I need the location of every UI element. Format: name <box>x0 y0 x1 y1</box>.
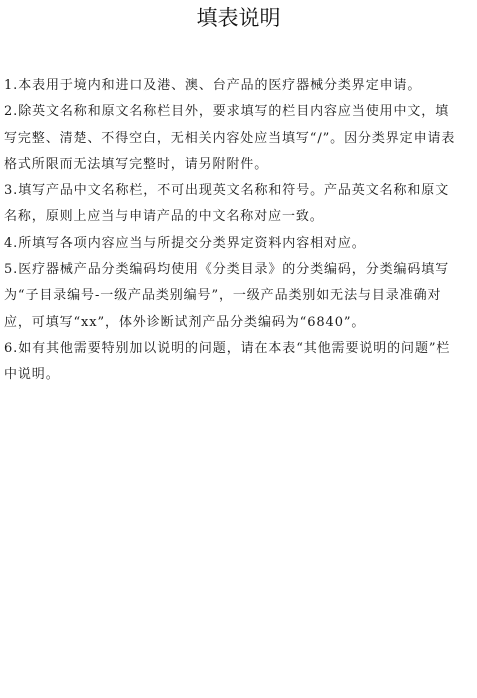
instruction-line: 名称，原则上应当与申请产品的中文名称对应一致。 <box>4 204 474 230</box>
instruction-line: 6.如有其他需要特别加以说明的问题，请在本表“其他需要说明的问题”栏 <box>4 336 474 362</box>
instruction-line: 3.填写产品中文名称栏，不可出现英文名称和符号。产品英文名称和原文 <box>4 178 474 204</box>
instruction-line: 1.本表用于境内和进口及港、澳、台产品的医疗器械分类界定申请。 <box>4 73 474 99</box>
instruction-line: 中说明。 <box>4 362 474 388</box>
instruction-item-1: 1.本表用于境内和进口及港、澳、台产品的医疗器械分类界定申请。 <box>4 73 474 99</box>
instruction-line: 4.所填写各项内容应当与所提交分类界定资料内容相对应。 <box>4 231 474 257</box>
instructions-body: 1.本表用于境内和进口及港、澳、台产品的医疗器械分类界定申请。 2.除英文名称和… <box>4 73 474 389</box>
instruction-line: 格式所限而无法填写完整时，请另附附件。 <box>4 152 474 178</box>
instruction-line: 2.除英文名称和原文名称栏目外，要求填写的栏目内容应当使用中文，填 <box>4 99 474 125</box>
instruction-item-4: 4.所填写各项内容应当与所提交分类界定资料内容相对应。 <box>4 231 474 257</box>
instruction-line: 5.医疗器械产品分类编码均使用《分类目录》的分类编码，分类编码填写 <box>4 257 474 283</box>
instruction-item-6: 6.如有其他需要特别加以说明的问题，请在本表“其他需要说明的问题”栏 中说明。 <box>4 336 474 389</box>
instruction-item-5: 5.医疗器械产品分类编码均使用《分类目录》的分类编码，分类编码填写 为“子目录编… <box>4 257 474 336</box>
instruction-item-2: 2.除英文名称和原文名称栏目外，要求填写的栏目内容应当使用中文，填 写完整、清楚… <box>4 99 474 178</box>
instruction-item-3: 3.填写产品中文名称栏，不可出现英文名称和符号。产品英文名称和原文 名称，原则上… <box>4 178 474 231</box>
page-title: 填表说明 <box>0 4 477 32</box>
instruction-line: 写完整、清楚、不得空白，无相关内容处应当填写“/”。因分类界定申请表 <box>4 126 474 152</box>
instruction-line: 为“子目录编号-一级产品类别编号”，一级产品类别如无法与目录准确对 <box>4 283 474 309</box>
instruction-line: 应，可填写“xx”，体外诊断试剂产品分类编码为“6840”。 <box>4 310 474 336</box>
